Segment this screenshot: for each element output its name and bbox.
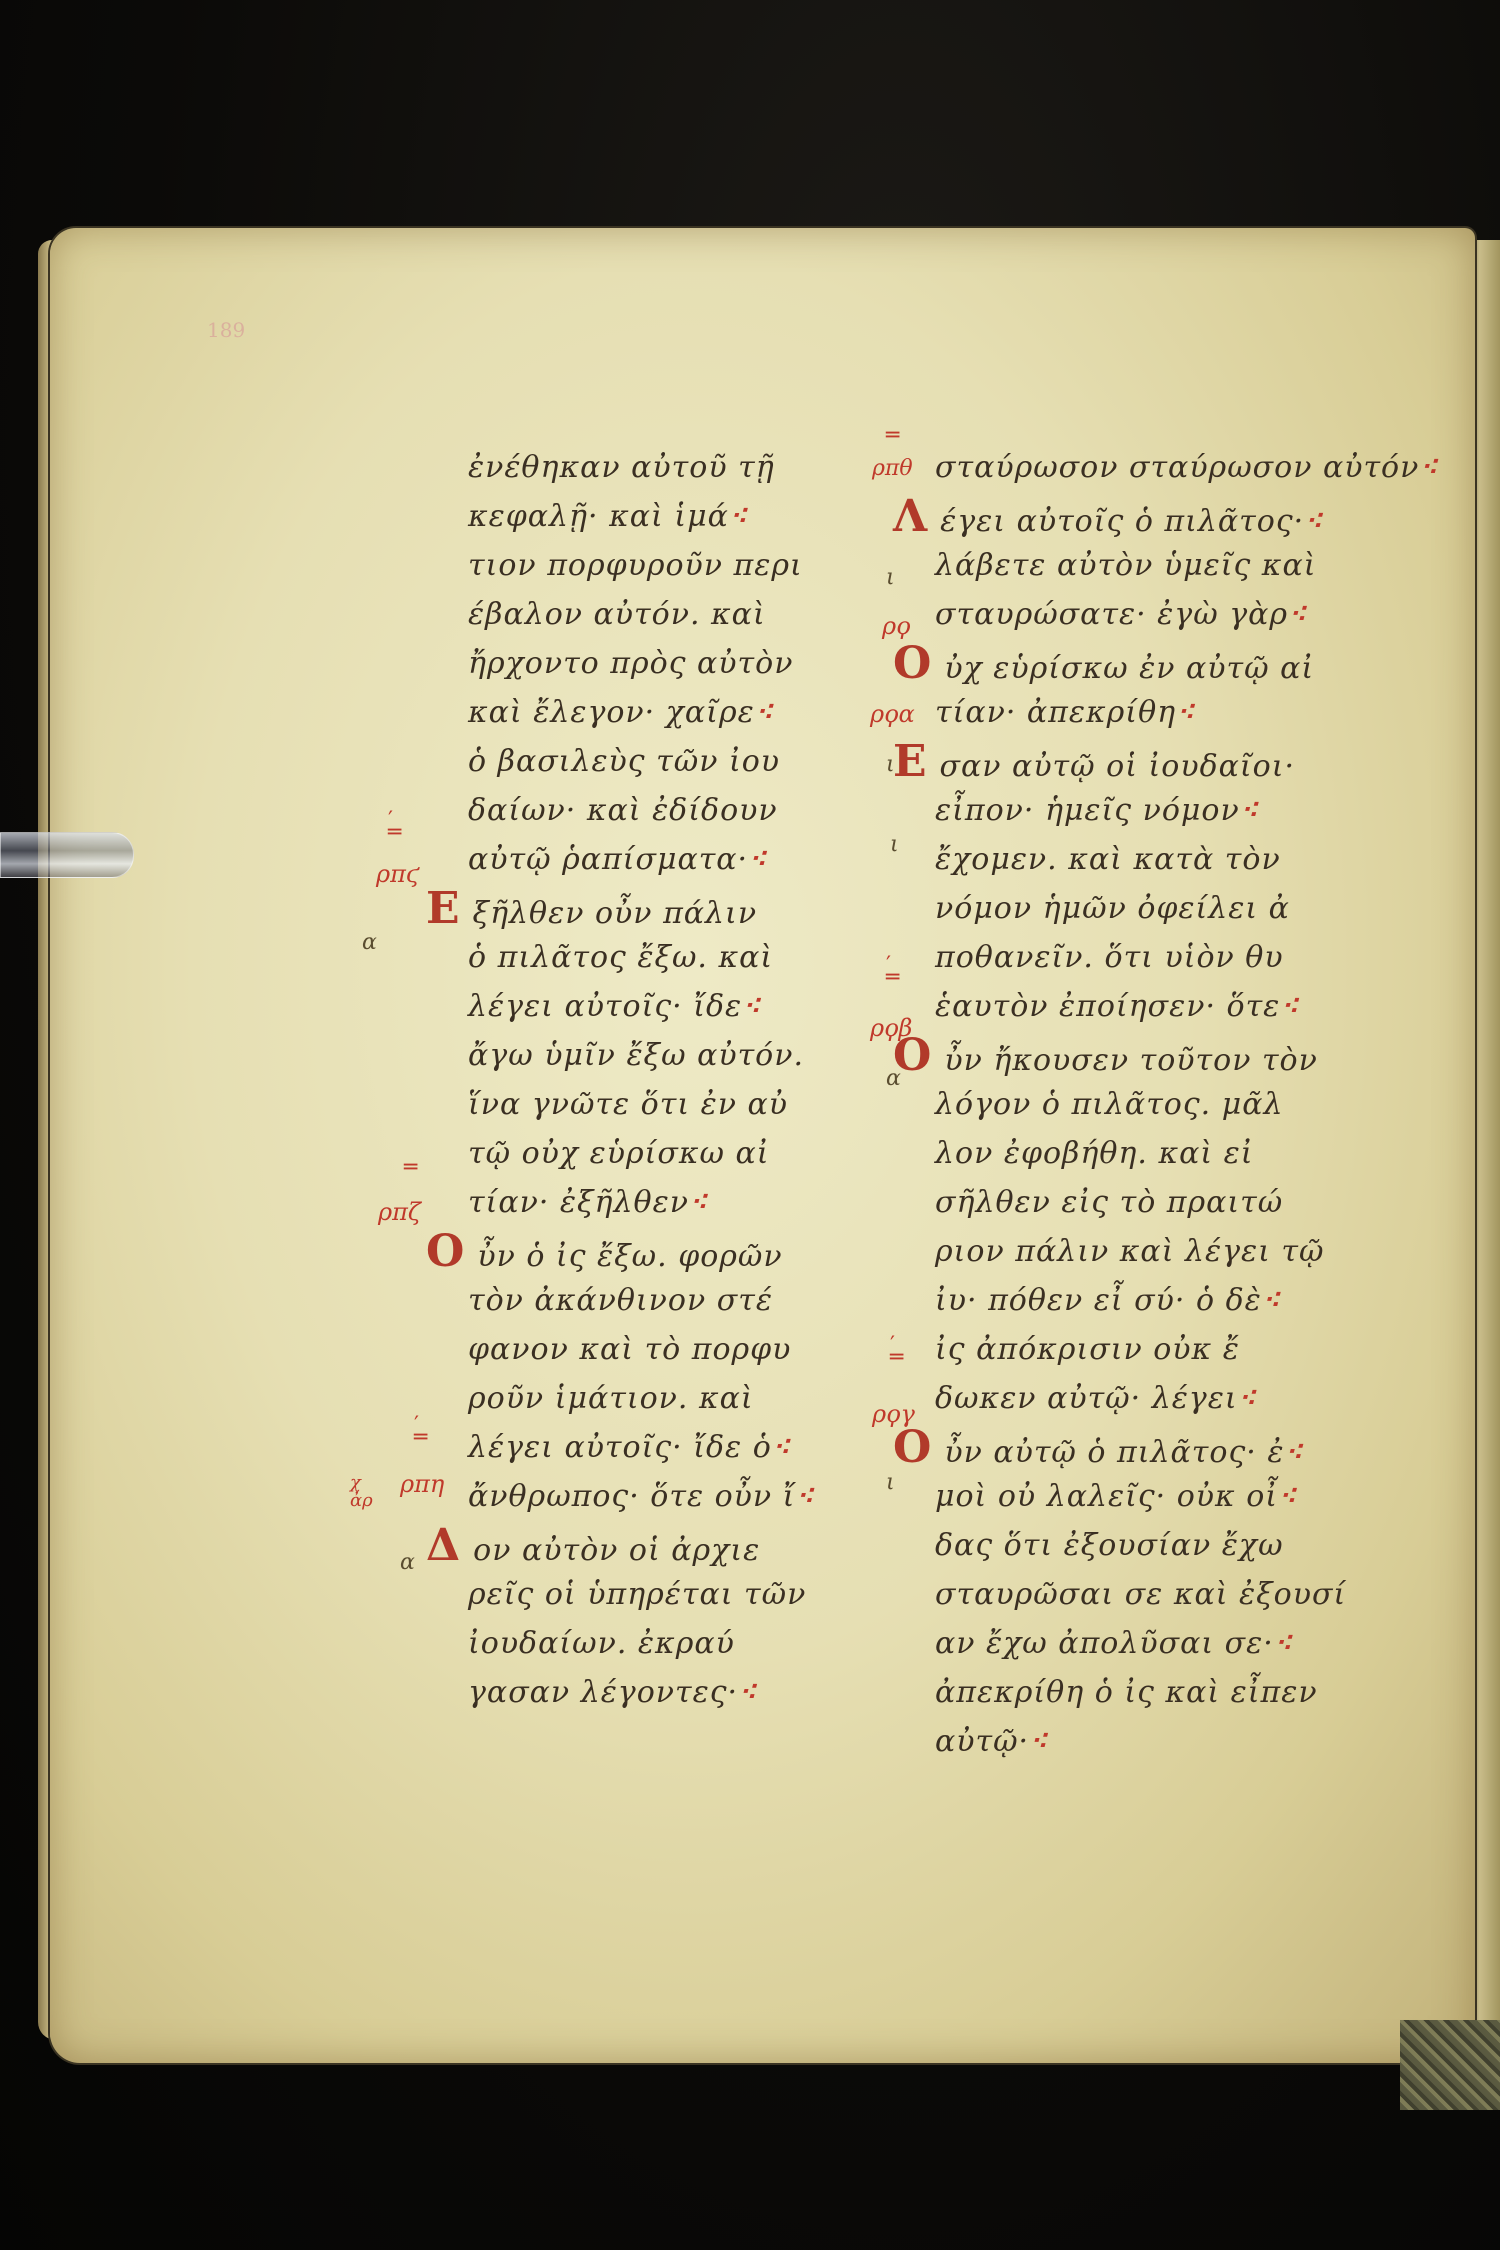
line-text: λόγον ὁ πιλᾶτος. μᾶλ [935,1087,1284,1122]
line-text: αὐτῷ ῥαπίσματα· [468,842,748,877]
line-text: μοὶ οὐ λαλεῖς· οὐκ οἶ [935,1479,1278,1514]
line-text: ἰς ἀπόκρισιν οὐκ ἔ [935,1332,1240,1367]
manuscript-text-line: ἄνθρωπος· ὅτε οὖν ἴ⁖ [468,1472,868,1521]
margin-canon-letter: ι [886,752,895,777]
manuscript-text-line: τὸν ἀκάνθινον στέ [468,1276,868,1325]
rubric-punctuation-dots: ⁖ [1176,695,1195,730]
manuscript-text-line: δας ὅτι ἐξουσίαν ἔχω [935,1521,1405,1570]
manuscript-text-line: εἶπον· ἡμεῖς νόμον⁖ [935,786,1405,835]
manuscript-text-line: Εσαν αὐτῷ οἱ ἰουδαῖοι· [935,737,1405,786]
rubric-punctuation-dots: ⁖ [738,1675,757,1710]
margin-canon-letter: α [400,1550,415,1575]
line-text: σταύρωσον σταύρωσον αὐτόν [935,450,1419,485]
manuscript-text-line: σῆλθεν εἰς τὸ πραιτώ [935,1178,1405,1227]
line-text: ον αὐτὸν οἱ ἀρχιε [473,1533,760,1568]
line-text: ὁ βασιλεὺς τῶν ἰου [468,744,780,779]
manuscript-text-line: δωκεν αὐτῷ· λέγει⁖ [935,1374,1405,1423]
manuscript-text-line: λάβετε αὐτὸν ὑμεῖς καὶ [935,541,1405,590]
line-text: τῷ οὐχ εὑρίσκω αἰ [468,1136,770,1171]
rubric-punctuation-dots: ⁖ [748,842,767,877]
line-text: δας ὅτι ἐξουσίαν ἔχω [935,1528,1284,1563]
line-text: σῆλθεν εἰς τὸ πραιτώ [935,1185,1283,1220]
manuscript-text-line: ὁ βασιλεὺς τῶν ἰου [468,737,868,786]
manuscript-text-line: Οὖν ὁ ἰς ἔξω. φορῶν [468,1227,868,1276]
manuscript-text-line: ριον πάλιν καὶ λέγει τῷ [935,1227,1405,1276]
line-text: τὸν ἀκάνθινον στέ [468,1283,773,1318]
manuscript-text-line: λέγει αὐτοῖς· ἴδε ὁ⁖ [468,1423,868,1472]
line-text: φανον καὶ τὸ πορφυ [468,1332,791,1367]
line-text: δωκεν αὐτῷ· λέγει [935,1381,1238,1416]
margin-section-number: ρπϛ [376,860,419,888]
manuscript-text-line: ρεῖς οἱ ὑπηρέται τῶν [468,1570,868,1619]
line-text: λέγει αὐτοῖς· ἴδε [468,989,742,1024]
manuscript-text-line: ἄγω ὑμῖν ἔξω αὐτόν. [468,1031,868,1080]
line-text: λέγει αὐτοῖς· ἴδε ὁ [468,1430,772,1465]
line-text: ἄνθρωπος· ὅτε οὖν ἴ [468,1479,795,1514]
line-text: ἰουδαίων. ἐκραύ [468,1626,735,1661]
manuscript-text-line: ἑαυτὸν ἐποίησεν· ὅτε⁖ [935,982,1405,1031]
manuscript-text-line: λόγον ὁ πιλᾶτος. μᾶλ [935,1080,1405,1129]
rubric-punctuation-dots: ⁖ [755,695,774,730]
rubricated-initial: Ο [893,1422,932,1473]
rubricated-initial: Δ [426,1520,461,1571]
rubricated-initial: Ε [893,736,928,787]
line-text: τίαν· ἐξῆλθεν [468,1185,689,1220]
line-text: έβαλον αὐτόν. καὶ [468,597,766,632]
rubric-punctuation-dots: ⁖ [1274,1626,1293,1661]
manuscript-text-line: τιον πορφυροῦν περι [468,541,868,590]
line-text: κεφαλῇ· καὶ ἱμά [468,499,729,534]
manuscript-text-line: τῷ οὐχ εὑρίσκω αἰ [468,1129,868,1178]
line-text: δαίων· καὶ ἐδίδουν [468,793,778,828]
margin-canon-letter: α [886,1066,901,1091]
margin-canon-letter: ι [890,832,899,857]
manuscript-text-line: λέγει αὐτοῖς· ἴδε⁖ [468,982,868,1031]
line-text: ροῦν ἱμάτιον. καὶ [468,1381,754,1416]
manuscript-text-line: αὐτῷ ῥαπίσματα·⁖ [468,835,868,884]
line-text: ἄγω ὑμῖν ἔξω αὐτόν. [468,1038,804,1073]
line-text: ρεῖς οἱ ὑπηρέται τῶν [468,1577,806,1612]
margin-section-number: ρπη [400,1470,444,1498]
rubric-punctuation-dots: ⁖ [1238,1381,1257,1416]
section-tick-marks: ′═ [886,960,899,984]
line-text: τιον πορφυροῦν περι [468,548,803,583]
rubric-punctuation-dots: ⁖ [1262,1283,1281,1318]
manuscript-text-line: Οὖν αὐτῷ ὁ πιλᾶτος· ἐ⁖ [935,1423,1405,1472]
manuscript-text-line: σταυρώσατε· ἐγὼ γὰρ⁖ [935,590,1405,639]
manuscript-text-line: φανον καὶ τὸ πορφυ [468,1325,868,1374]
rubric-punctuation-dots: ⁖ [689,1185,708,1220]
line-text: έγει αὐτοῖς ὁ πιλᾶτος· [940,504,1304,539]
manuscript-text-line: Εξῆλθεν οὖν πάλιν [468,884,868,933]
rubricated-initial: Ο [426,1226,465,1277]
rubric-punctuation-dots: ⁖ [795,1479,814,1514]
margin-section-number: ρϙβ [870,1014,912,1042]
manuscript-text-line: ἤρχοντο πρὸς αὐτὸν [468,639,868,688]
margin-section-number: ρπζ [378,1198,421,1226]
line-text: ὖν αὐτῷ ὁ πιλᾶτος· ἐ [944,1435,1284,1470]
margin-section-number: ρϙα [870,700,915,728]
left-text-column: ἐνέθηκαν αὐτοῦ τῇκεφαλῇ· καὶ ἱμά⁖τιον πο… [468,443,868,1717]
rubric-punctuation-dots: ⁖ [1304,504,1323,539]
rubric-punctuation-dots: ⁖ [1288,597,1307,632]
rubric-punctuation-dots: ⁖ [1029,1724,1048,1759]
line-text: ἵνα γνῶτε ὅτι ἐν αὐ [468,1087,788,1122]
manuscript-text-line: μοὶ οὐ λαλεῖς· οὐκ οἶ⁖ [935,1472,1405,1521]
manuscript-text-line: ἔχομεν. καὶ κατὰ τὸν [935,835,1405,884]
margin-section-number: ρϙγ [872,1400,915,1428]
manuscript-text-line: έβαλον αὐτόν. καὶ [468,590,868,639]
manuscript-text-line: νόμον ἡμῶν ὀφείλει ἀ [935,884,1405,933]
rubricated-initial: Ε [426,883,461,934]
rubric-punctuation-dots: ⁖ [1280,989,1299,1024]
line-text: ἔχομεν. καὶ κατὰ τὸν [935,842,1281,877]
line-text: γασαν λέγοντες· [468,1675,738,1710]
section-tick-marks: ═ [404,1162,417,1174]
line-text: ὁ πιλᾶτος ἔξω. καὶ [468,940,773,975]
line-text: καὶ ἔλεγον· χαῖρε [468,695,755,730]
margin-canon-letter: ι [886,565,895,590]
manuscript-text-line: καὶ ἔλεγον· χαῖρε⁖ [468,688,868,737]
rubric-punctuation-dots: ⁖ [1240,793,1259,828]
folio-number: 189 [207,318,245,342]
manuscript-text-line: ἐνέθηκαν αὐτοῦ τῇ [468,443,868,492]
manuscript-text-line: σταυρῶσαι σε καὶ ἐξουσί [935,1570,1405,1619]
manuscript-text-line: ἰυ· πόθεν εἶ σύ· ὁ δὲ⁖ [935,1276,1405,1325]
manuscript-text-line: αν ἔχω ἀπολῦσαι σε·⁖ [935,1619,1405,1668]
line-text: ριον πάλιν καὶ λέγει τῷ [935,1234,1325,1269]
line-text: σταυρώσατε· ἐγὼ γὰρ [935,597,1288,632]
rubric-punctuation-dots: ⁖ [772,1430,791,1465]
margin-lection-note: χ ἀρ [350,1474,384,1510]
rubricated-initial: Ο [893,638,932,689]
rubric-punctuation-dots: ⁖ [742,989,761,1024]
line-text: ἑαυτὸν ἐποίησεν· ὅτε [935,989,1280,1024]
rubric-punctuation-dots: ⁖ [1419,450,1438,485]
line-text: τίαν· ἀπεκρίθη [935,695,1176,730]
rubricated-initial: Λ [893,491,928,542]
manuscript-text-line: ἰς ἀπόκρισιν οὐκ ἔ [935,1325,1405,1374]
margin-section-number: ρπθ [872,456,913,481]
manuscript-text-line: Οὐχ εὑρίσκω ἐν αὐτῷ αἰ [935,639,1405,688]
line-text: νόμον ἡμῶν ὀφείλει ἀ [935,891,1290,926]
manuscript-text-line: ποθανεῖν. ὅτι υἱὸν θυ [935,933,1405,982]
line-text: λάβετε αὐτὸν ὑμεῖς καὶ [935,548,1317,583]
manuscript-text-line: αὐτῷ·⁖ [935,1717,1405,1766]
line-text: σαν αὐτῷ οἱ ἰουδαῖοι· [940,749,1295,784]
line-text: αν ἔχω ἀπολῦσαι σε· [935,1626,1274,1661]
binding-thread [1400,2020,1500,2110]
line-text: ὖν ὁ ἰς ἔξω. φορῶν [477,1239,782,1274]
line-text: ἤρχοντο πρὸς αὐτὸν [468,646,793,681]
margin-canon-letter: ι [886,1470,895,1495]
manuscript-text-line: λον ἐφοβήθη. καὶ εἰ [935,1129,1405,1178]
manuscript-text-line: Λέγει αὐτοῖς ὁ πιλᾶτος·⁖ [935,492,1405,541]
line-text: ὐχ εὑρίσκω ἐν αὐτῷ αἰ [944,651,1314,686]
manuscript-text-line: ἵνα γνῶτε ὅτι ἐν αὐ [468,1080,868,1129]
line-text: ὖν ἤκουσεν τοῦτον τὸν [944,1043,1318,1078]
line-text: ἀπεκρίθη ὁ ἰς καὶ εἶπεν [935,1675,1318,1710]
rubric-punctuation-dots: ⁖ [1284,1435,1303,1470]
section-tick-marks: ′═ [890,1340,903,1364]
manuscript-text-line: τίαν· ἀπεκρίθη⁖ [935,688,1405,737]
manuscript-text-line: ὁ πιλᾶτος ἔξω. καὶ [468,933,868,982]
line-text: λον ἐφοβήθη. καὶ εἰ [935,1136,1254,1171]
manuscript-text-line: τίαν· ἐξῆλθεν⁖ [468,1178,868,1227]
right-text-column: σταύρωσον σταύρωσον αὐτόν⁖Λέγει αὐτοῖς ὁ… [935,443,1405,1766]
section-tick-marks: ═ [886,430,899,442]
line-text: ξῆλθεν οὖν πάλιν [473,896,758,931]
section-tick-marks: ′═ [388,815,401,839]
manuscript-text-line: Δον αὐτὸν οἱ ἀρχιε [468,1521,868,1570]
manuscript-text-line: γασαν λέγοντες·⁖ [468,1668,868,1717]
line-text: ποθανεῖν. ὅτι υἱὸν θυ [935,940,1284,975]
manuscript-text-line: ἀπεκρίθη ὁ ἰς καὶ εἶπεν [935,1668,1405,1717]
rubric-punctuation-dots: ⁖ [1278,1479,1297,1514]
line-text: ἐνέθηκαν αὐτοῦ τῇ [468,450,775,485]
section-tick-marks: ′═ [414,1420,427,1444]
manuscript-text-line: ροῦν ἱμάτιον. καὶ [468,1374,868,1423]
line-text: εἶπον· ἡμεῖς νόμον [935,793,1240,828]
manuscript-text-line: σταύρωσον σταύρωσον αὐτόν⁖ [935,443,1405,492]
manuscript-text-line: κεφαλῇ· καὶ ἱμά⁖ [468,492,868,541]
margin-section-number: ρϙ [882,612,911,640]
manuscript-text-line: ἰουδαίων. ἐκραύ [468,1619,868,1668]
line-text: αὐτῷ· [935,1724,1029,1759]
manuscript-text-line: δαίων· καὶ ἐδίδουν [468,786,868,835]
rubric-punctuation-dots: ⁖ [729,499,748,534]
line-text: ἰυ· πόθεν εἶ σύ· ὁ δὲ [935,1283,1262,1318]
acrylic-page-clip [0,832,134,878]
manuscript-text-line: Οὖν ἤκουσεν τοῦτον τὸν [935,1031,1405,1080]
line-text: σταυρῶσαι σε καὶ ἐξουσί [935,1577,1346,1612]
margin-canon-letter: α [362,930,377,955]
